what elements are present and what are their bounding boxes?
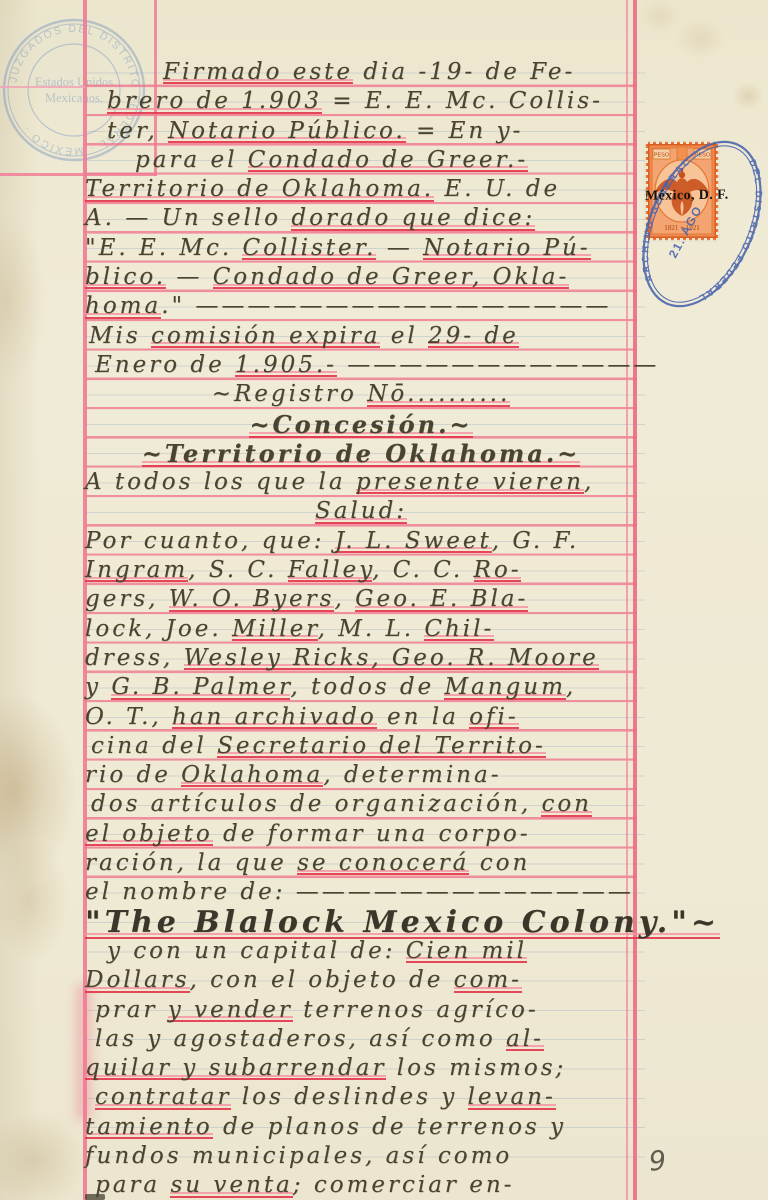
manuscript-line: dos artículos de organización, con: [85, 790, 637, 819]
manuscript-line: para el Condado de Greer.-: [85, 146, 637, 175]
manuscript-page: JUZGADOS DEL DISTRITO FEDERAL · MÉXICO ·…: [0, 0, 768, 1200]
manuscript-line: Por cuanto, que: J. L. Sweet, G. F.: [85, 527, 637, 556]
manuscript-line: Enero de 1.905.- ————————————: [85, 351, 637, 380]
manuscript-line: prar y vender terrenos agríco-: [85, 996, 637, 1025]
manuscript-line: gers, W. O. Byers, Geo. E. Bla-: [85, 585, 637, 614]
manuscript-line: contratar los deslindes y levan-: [85, 1083, 637, 1112]
manuscript-line: quilar y subarrendar los mismos;: [85, 1054, 637, 1083]
manuscript-line: para su venta; comerciar en-: [85, 1171, 637, 1200]
svg-text:DEL DISTRITO FEDERAL: DEL DISTRITO FEDERAL: [686, 155, 768, 314]
manuscript-line: ~Concesión.~: [85, 410, 637, 439]
manuscript-line: Territorio de Oklahoma. E. U. de: [85, 175, 637, 204]
manuscript-line: el objeto de formar una corpo-: [85, 820, 637, 849]
manuscript-line: Salud:: [85, 497, 637, 526]
manuscript-line: blico. — Condado de Greer, Okla-: [85, 263, 637, 292]
manuscript-line: "E. E. Mc. Collister. — Notario Pú-: [85, 234, 637, 263]
manuscript-line: y G. B. Palmer, todos de Mangum,: [85, 673, 637, 702]
manuscript-line: O. T., han archivado en la ofi-: [85, 703, 637, 732]
manuscript-line: lock, Joe. Miller, M. L. Chil-: [85, 615, 637, 644]
archive-oval-stamp: DEL DISTRITO FEDERAL ARCHIVO GENERAL 21.…: [628, 126, 768, 326]
manuscript-line: A. — Un sello dorado que dice:: [85, 204, 637, 233]
manuscript-line: ~Registro Nō..........: [85, 380, 637, 409]
manuscript-line: las y agostaderos, así como al-: [85, 1025, 637, 1054]
manuscript-line: tamiento de planos de terrenos y: [85, 1113, 637, 1142]
manuscript-line: ~Territorio de Oklahoma.~: [85, 439, 637, 468]
manuscript-line: el nombre de: —————————————: [85, 878, 637, 907]
page-number: 9: [648, 1145, 668, 1177]
manuscript-line: ración, la que se conocerá con: [85, 849, 637, 878]
manuscript-line: rio de Oklahoma, determina-: [85, 761, 637, 790]
manuscript-line: Ingram, S. C. Falley, C. C. Ro-: [85, 556, 637, 585]
manuscript-line: A todos los que la presente vieren,: [85, 468, 637, 497]
manuscript-line: Mis comisión expira el 29- de: [85, 322, 637, 351]
manuscript-line: dress, Wesley Ricks, Geo. R. Moore: [85, 644, 637, 673]
oval-arc-right-text: DEL DISTRITO FEDERAL: [686, 155, 768, 314]
manuscript-line: Firmado este dia -19- de Fe-: [85, 58, 637, 87]
manuscript-line: y con un capital de: Cien mil: [85, 937, 637, 966]
manuscript-line: Dollars, con el objeto de com-: [85, 966, 637, 995]
manuscript-lines: Firmado este dia -19- de Fe-brero de 1.9…: [85, 58, 637, 1200]
manuscript-line: "The Blalock Mexico Colony."~: [85, 908, 637, 937]
manuscript-line: ter, Notario Público. = En y-: [85, 117, 637, 146]
overprint-text: México, D. F.: [645, 187, 755, 205]
oval-date-text: 21. AGO: [666, 203, 705, 260]
manuscript-line: brero de 1.903 = E. E. Mc. Collis-: [85, 87, 637, 116]
manuscript-line: homa." ————————————————: [85, 292, 637, 321]
manuscript-line: cina del Secretario del Territo-: [85, 732, 637, 761]
manuscript-line: fundos municipales, así como: [85, 1142, 637, 1171]
